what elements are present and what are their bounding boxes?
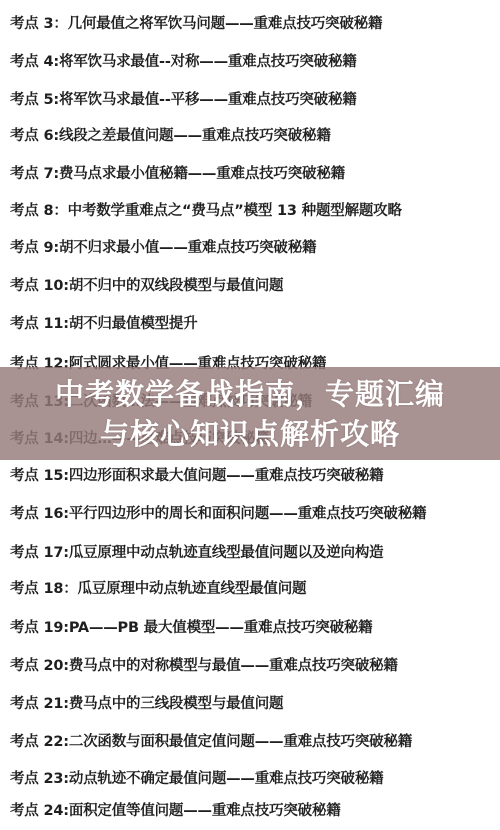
- item-text: 胡不归求最小值——重难点技巧突破秘籍: [59, 240, 316, 256]
- list-item: 考点 17:瓜豆原理中动点轨迹直线型最值问题以及逆向构造: [10, 542, 383, 564]
- item-text: 费马点中的对称模型与最值——重难点技巧突破秘籍: [69, 658, 398, 674]
- item-prefix: 考点 7:: [10, 166, 59, 182]
- list-item: 考点 20:费马点中的对称模型与最值——重难点技巧突破秘籍: [10, 655, 398, 677]
- list-item: 考点 24:面积定值等值问题——重难点技巧突破秘籍: [10, 800, 341, 822]
- list-item: 考点 5:将军饮马求最值--平移——重难点技巧突破秘籍: [10, 89, 357, 111]
- item-prefix: 考点 21:: [10, 696, 69, 712]
- overlay-title-line2: 与核心知识点解析攻略: [0, 412, 500, 453]
- list-item: 考点 9:胡不归求最小值——重难点技巧突破秘籍: [10, 237, 316, 259]
- list-item: 考点 11:胡不归最值模型提升: [10, 313, 198, 335]
- item-prefix: 考点 8：: [10, 203, 68, 219]
- item-text: 面积定值等值问题——重难点技巧突破秘籍: [69, 803, 341, 819]
- list-item: 考点 21:费马点中的三线段模型与最值问题: [10, 693, 283, 715]
- item-text: 将军饮马求最值--对称——重难点技巧突破秘籍: [59, 54, 357, 70]
- item-text: PA——PB 最大值模型——重难点技巧突破秘籍: [69, 620, 373, 636]
- item-prefix: 考点 10:: [10, 278, 69, 294]
- item-text: 将军饮马求最值--平移——重难点技巧突破秘籍: [59, 92, 357, 108]
- item-prefix: 考点 24:: [10, 803, 69, 819]
- item-text: 线段之差最值问题——重难点技巧突破秘籍: [59, 128, 331, 144]
- item-prefix: 考点 4:: [10, 54, 59, 70]
- item-prefix: 考点 9:: [10, 240, 59, 256]
- list-item: 考点 10:胡不归中的双线段模型与最值问题: [10, 275, 283, 297]
- list-item: 考点 15:四边形面积求最大值问题——重难点技巧突破秘籍: [10, 465, 383, 487]
- list-item: 考点 8：中考数学重难点之“费马点”模型 13 种题型解题攻略: [10, 200, 402, 222]
- item-prefix: 考点 5:: [10, 92, 59, 108]
- item-text: 瓜豆原理中动点轨迹直线型最值问题: [78, 581, 307, 597]
- item-text: 几何最值之将军饮马问题——重难点技巧突破秘籍: [68, 16, 383, 32]
- item-prefix: 考点 3：: [10, 16, 68, 32]
- list-item: 考点 6:线段之差最值问题——重难点技巧突破秘籍: [10, 125, 331, 147]
- list-item: 考点 3：几何最值之将军饮马问题——重难点技巧突破秘籍: [10, 13, 382, 35]
- item-prefix: 考点 22:: [10, 734, 69, 750]
- item-prefix: 考点 17:: [10, 545, 69, 561]
- item-text: 费马点中的三线段模型与最值问题: [69, 696, 284, 712]
- overlay-title-line1: 中考数学备战指南，专题汇编: [0, 372, 500, 413]
- item-prefix: 考点 18：: [10, 581, 78, 597]
- item-text: 动点轨迹不确定最值问题——重难点技巧突破秘籍: [69, 771, 384, 787]
- list-item: 考点 18：瓜豆原理中动点轨迹直线型最值问题: [10, 578, 306, 600]
- item-prefix: 考点 23:: [10, 771, 69, 787]
- list-item: 考点 22:二次函数与面积最值定值问题——重难点技巧突破秘籍: [10, 731, 412, 753]
- list-item: 考点 23:动点轨迹不确定最值问题——重难点技巧突破秘籍: [10, 768, 383, 790]
- item-text: 四边形面积求最大值问题——重难点技巧突破秘籍: [69, 468, 384, 484]
- list-item: 考点 7:费马点求最小值秘籍——重难点技巧突破秘籍: [10, 163, 345, 185]
- item-prefix: 考点 11:: [10, 316, 69, 332]
- item-prefix: 考点 16:: [10, 506, 69, 522]
- item-prefix: 考点 15:: [10, 468, 69, 484]
- list-item: 考点 19:PA——PB 最大值模型——重难点技巧突破秘籍: [10, 617, 372, 639]
- item-text: 胡不归中的双线段模型与最值问题: [69, 278, 284, 294]
- item-text: 二次函数与面积最值定值问题——重难点技巧突破秘籍: [69, 734, 412, 750]
- item-text: 胡不归最值模型提升: [69, 316, 198, 332]
- item-prefix: 考点 6:: [10, 128, 59, 144]
- list-item: 考点 16:平行四边形中的周长和面积问题——重难点技巧突破秘籍: [10, 503, 426, 525]
- item-prefix: 考点 19:: [10, 620, 69, 636]
- item-prefix: 考点 20:: [10, 658, 69, 674]
- item-text: 中考数学重难点之“费马点”模型 13 种题型解题攻略: [68, 203, 402, 219]
- item-text: 平行四边形中的周长和面积问题——重难点技巧突破秘籍: [69, 506, 427, 522]
- item-text: 费马点求最小值秘籍——重难点技巧突破秘籍: [59, 166, 345, 182]
- list-item: 考点 4:将军饮马求最值--对称——重难点技巧突破秘籍: [10, 51, 357, 73]
- item-text: 瓜豆原理中动点轨迹直线型最值问题以及逆向构造: [69, 545, 384, 561]
